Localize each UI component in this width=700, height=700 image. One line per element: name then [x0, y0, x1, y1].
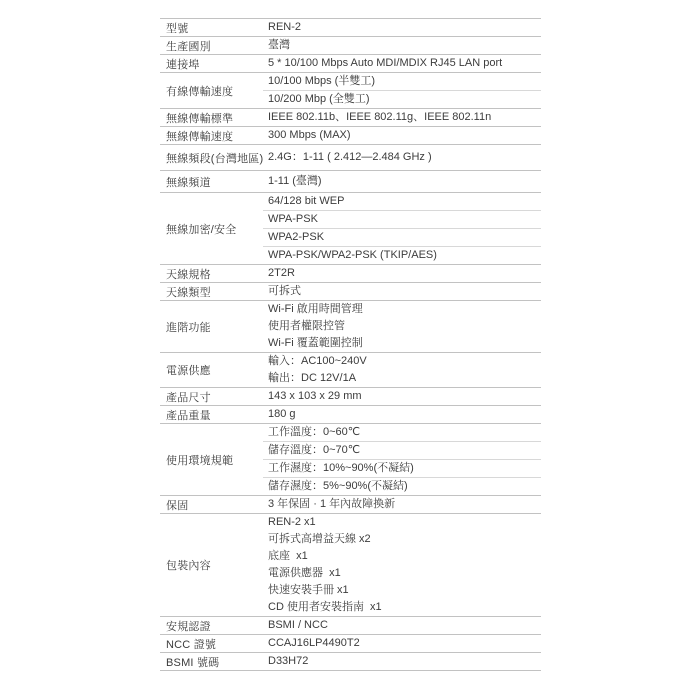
row-value: Wi-Fi 啟用時間管理: [263, 301, 541, 318]
table-row: 無線加密/安全64/128 bit WEPWPA-PSKWPA2-PSKWPA-…: [160, 192, 541, 264]
table-row: 包裝內容REN-2 x1可拆式高增益天線 x2底座 x1電源供應器 x1快速安裝…: [160, 513, 541, 616]
row-value: 使用者權限控管: [263, 318, 541, 335]
table-row: 無線傳輸速度300 Mbps (MAX): [160, 126, 541, 144]
row-label: 保固: [160, 496, 263, 513]
row-value: CCAJ16LP4490T2: [263, 635, 541, 652]
row-values: 143 x 103 x 29 mm: [263, 388, 541, 405]
row-value: REN-2 x1: [263, 514, 541, 531]
row-values: 10/100 Mbps (半雙工)10/200 Mbp (全雙工): [263, 73, 541, 108]
table-row: NCC 證號CCAJ16LP4490T2: [160, 634, 541, 652]
row-label: 生產國別: [160, 37, 263, 54]
row-value: 臺灣: [263, 37, 541, 54]
row-value: 10/100 Mbps (半雙工): [263, 73, 541, 90]
row-values: 2.4G：1-11 ( 2.412—2.484 GHz ): [263, 145, 541, 170]
table-row: 產品重量180 g: [160, 405, 541, 423]
row-value: 3 年保固 · 1 年內故障換新: [263, 496, 541, 513]
row-values: 可拆式: [263, 283, 541, 300]
row-label: 天線類型: [160, 283, 263, 300]
table-row: 型號REN-2: [160, 18, 541, 36]
row-value: 輸出：DC 12V/1A: [263, 370, 541, 387]
row-label: 使用環境規範: [160, 424, 263, 495]
row-value: 180 g: [263, 406, 541, 423]
row-label: 型號: [160, 19, 263, 36]
row-values: D33H72: [263, 653, 541, 670]
row-label: 產品尺寸: [160, 388, 263, 405]
row-label: 無線加密/安全: [160, 193, 263, 264]
row-value: WPA2-PSK: [263, 228, 541, 246]
row-label: 有線傳輸速度: [160, 73, 263, 108]
table-row: 天線類型可拆式: [160, 282, 541, 300]
row-label: 天線規格: [160, 265, 263, 282]
row-label: 進階功能: [160, 301, 263, 352]
row-value: CD 使用者安裝指南 x1: [263, 599, 541, 616]
row-value: 可拆式高增益天線 x2: [263, 531, 541, 548]
row-label: 無線傳輸速度: [160, 127, 263, 144]
row-value: 電源供應器 x1: [263, 565, 541, 582]
row-values: REN-2: [263, 19, 541, 36]
spec-table: 型號REN-2生產國別臺灣連接埠5 * 10/100 Mbps Auto MDI…: [160, 18, 541, 671]
row-label: NCC 證號: [160, 635, 263, 652]
row-values: 臺灣: [263, 37, 541, 54]
row-value: 快速安裝手冊 x1: [263, 582, 541, 599]
table-row: 進階功能Wi-Fi 啟用時間管理使用者權限控管Wi-Fi 覆蓋範圍控制: [160, 300, 541, 352]
row-value: 輸入：AC100~240V: [263, 353, 541, 370]
table-row: 有線傳輸速度10/100 Mbps (半雙工)10/200 Mbp (全雙工): [160, 72, 541, 108]
row-values: 輸入：AC100~240V輸出：DC 12V/1A: [263, 353, 541, 387]
table-row: BSMI 號碼D33H72: [160, 652, 541, 670]
row-label: 連接埠: [160, 55, 263, 72]
table-row: 電源供應輸入：AC100~240V輸出：DC 12V/1A: [160, 352, 541, 387]
row-values: 1-11 (臺灣): [263, 171, 541, 192]
row-label: 產品重量: [160, 406, 263, 423]
row-values: REN-2 x1可拆式高增益天線 x2底座 x1電源供應器 x1快速安裝手冊 x…: [263, 514, 541, 616]
page: 型號REN-2生產國別臺灣連接埠5 * 10/100 Mbps Auto MDI…: [0, 0, 700, 700]
row-values: 64/128 bit WEPWPA-PSKWPA2-PSKWPA-PSK/WPA…: [263, 193, 541, 264]
row-values: 2T2R: [263, 265, 541, 282]
table-row: 生產國別臺灣: [160, 36, 541, 54]
row-value: IEEE 802.11b、IEEE 802.11g、IEEE 802.11n: [263, 109, 541, 126]
row-values: 5 * 10/100 Mbps Auto MDI/MDIX RJ45 LAN p…: [263, 55, 541, 72]
row-values: 300 Mbps (MAX): [263, 127, 541, 144]
row-values: BSMI / NCC: [263, 617, 541, 634]
row-values: 3 年保固 · 1 年內故障換新: [263, 496, 541, 513]
table-row: 安規認證BSMI / NCC: [160, 616, 541, 634]
row-value: 工作溫度：0~60℃: [263, 424, 541, 441]
row-value: 5 * 10/100 Mbps Auto MDI/MDIX RJ45 LAN p…: [263, 55, 541, 72]
row-value: 300 Mbps (MAX): [263, 127, 541, 144]
row-label: 無線頻道: [160, 171, 263, 192]
row-values: Wi-Fi 啟用時間管理使用者權限控管Wi-Fi 覆蓋範圍控制: [263, 301, 541, 352]
row-value: BSMI / NCC: [263, 617, 541, 634]
row-value: WPA-PSK: [263, 210, 541, 228]
table-row: 連接埠5 * 10/100 Mbps Auto MDI/MDIX RJ45 LA…: [160, 54, 541, 72]
row-value: 2T2R: [263, 265, 541, 282]
table-row: 無線頻道1-11 (臺灣): [160, 170, 541, 192]
row-value: Wi-Fi 覆蓋範圍控制: [263, 335, 541, 352]
row-value: 1-11 (臺灣): [263, 171, 541, 192]
row-value: 儲存濕度：5%~90%(不凝結): [263, 477, 541, 495]
table-row: 保固3 年保固 · 1 年內故障換新: [160, 495, 541, 513]
row-label: BSMI 號碼: [160, 653, 263, 670]
table-row: 天線規格2T2R: [160, 264, 541, 282]
row-value: WPA-PSK/WPA2-PSK (TKIP/AES): [263, 246, 541, 264]
row-label: 安規認證: [160, 617, 263, 634]
row-value: 工作濕度：10%~90%(不凝結): [263, 459, 541, 477]
row-label: 無線傳輸標準: [160, 109, 263, 126]
row-value: 底座 x1: [263, 548, 541, 565]
table-row: 產品尺寸143 x 103 x 29 mm: [160, 387, 541, 405]
row-value: 2.4G：1-11 ( 2.412—2.484 GHz ): [263, 145, 541, 170]
table-row: 無線頻段(台灣地區)2.4G：1-11 ( 2.412—2.484 GHz ): [160, 144, 541, 170]
row-value: 10/200 Mbp (全雙工): [263, 90, 541, 108]
row-values: 工作溫度：0~60℃儲存溫度：0~70℃工作濕度：10%~90%(不凝結)儲存濕…: [263, 424, 541, 495]
row-values: 180 g: [263, 406, 541, 423]
row-value: REN-2: [263, 19, 541, 36]
row-value: 可拆式: [263, 283, 541, 300]
row-value: D33H72: [263, 653, 541, 670]
row-label: 電源供應: [160, 353, 263, 387]
row-value: 143 x 103 x 29 mm: [263, 388, 541, 405]
row-values: CCAJ16LP4490T2: [263, 635, 541, 652]
row-value: 儲存溫度：0~70℃: [263, 441, 541, 459]
table-row: 無線傳輸標準IEEE 802.11b、IEEE 802.11g、IEEE 802…: [160, 108, 541, 126]
row-label: 包裝內容: [160, 514, 263, 616]
row-values: IEEE 802.11b、IEEE 802.11g、IEEE 802.11n: [263, 109, 541, 126]
row-value: 64/128 bit WEP: [263, 193, 541, 210]
table-row: 使用環境規範工作溫度：0~60℃儲存溫度：0~70℃工作濕度：10%~90%(不…: [160, 423, 541, 495]
row-label: 無線頻段(台灣地區): [160, 145, 263, 170]
